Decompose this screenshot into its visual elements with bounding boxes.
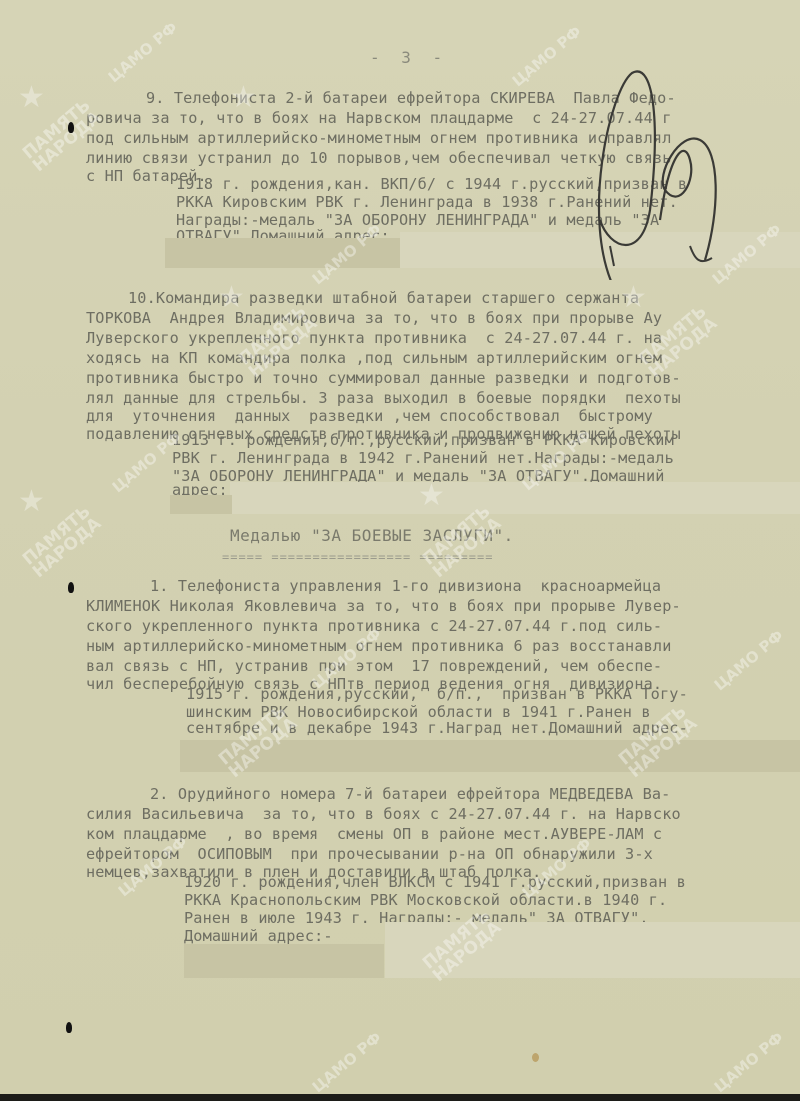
bio-line: 1920 г. рождения,член ВЛКСМ с 1941 г.рус…	[184, 874, 686, 891]
page-bottom-edge	[0, 1094, 800, 1101]
bio-line: РККА Краснопольским РВК Московской облас…	[184, 892, 667, 909]
bio-line: 1915 г. рождения,русский, б/п., призван …	[186, 686, 688, 703]
redacted-block	[184, 944, 384, 978]
redacted-block	[230, 482, 800, 514]
star-icon: ★	[230, 80, 257, 115]
page-number: - 3 -	[370, 48, 448, 67]
entry-line: 1. Телефониста управления 1-го дивизиона…	[150, 578, 661, 595]
watermark-tsamo: ЦАМО РФ	[106, 20, 180, 85]
watermark-tsamo: ЦАМО РФ	[310, 1030, 384, 1095]
paper-stain	[532, 1053, 539, 1062]
punch-hole	[68, 122, 74, 133]
entry-line: Луверского укрепленного пункта противник…	[86, 330, 662, 347]
punch-hole	[68, 582, 74, 593]
star-icon: ★	[18, 80, 45, 115]
star-icon: ★	[218, 280, 245, 315]
bio-line: 1913 г. рождения,б/п.,русский,призван в …	[172, 432, 674, 449]
entry-line: 10.Командира разведки штабной батареи ст…	[128, 290, 639, 307]
star-icon: ★	[18, 484, 45, 519]
star-icon: ★	[620, 280, 647, 315]
entry-line: лял данные для стрельбы. 3 раза выходил …	[86, 390, 681, 407]
bio-line: Домашний адрес:-	[184, 928, 333, 945]
document-page: - 3 - 9. Телефониста 2-й батареи ефрейто…	[0, 0, 800, 1095]
star-icon: ★	[418, 478, 445, 513]
watermark-tsamo: ЦАМО РФ	[712, 1030, 786, 1095]
watermark-tsamo: ЦАМО РФ	[712, 628, 786, 693]
entry-line: противника быстро и точно суммировал дан…	[86, 370, 681, 387]
entry-line: ходясь на КП командира полка ,под сильны…	[86, 350, 662, 367]
entry-line: для уточнения данных разведки ,чем спосо…	[86, 408, 653, 425]
entry-line: 2. Орудийного номера 7-й батареи ефрейто…	[150, 786, 670, 803]
entry-line: ТОРКОВА Андрея Владимировича за то, что …	[86, 310, 662, 327]
entry-line: силия Васильевича за то, что в боях с 24…	[86, 806, 681, 823]
bio-line: РВК г. Ленинграда в 1942 г.Ранений нет.Н…	[172, 450, 674, 467]
punch-hole	[66, 1022, 72, 1033]
entry-line: КЛИМЕНОК Николая Яковлевича за то, что в…	[86, 598, 681, 615]
redacted-block	[170, 495, 232, 514]
entry-line: вал связь с НП, устранив при этом 17 пов…	[86, 658, 662, 675]
